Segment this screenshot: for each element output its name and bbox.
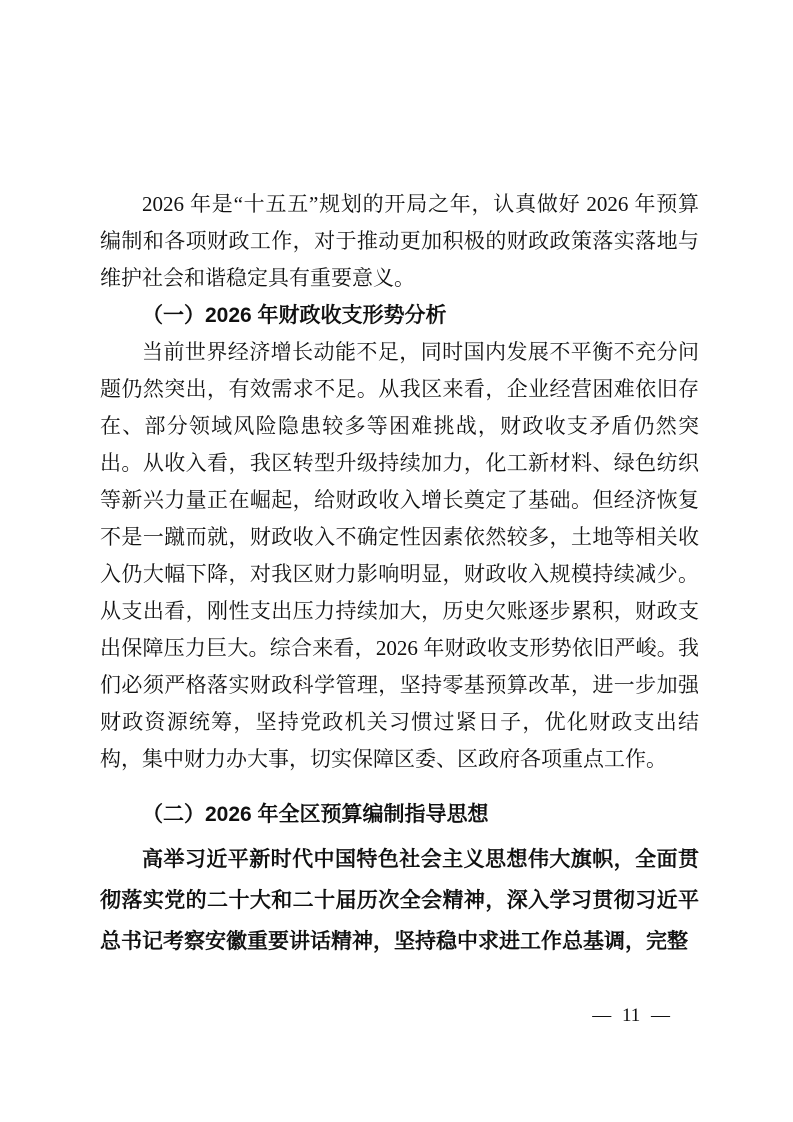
paragraph-guiding-ideology: 高举习近平新时代中国特色社会主义思想伟大旗帜，全面贯彻落实党的二十大和二十届历次… xyxy=(100,839,699,962)
section-heading-fiscal-analysis: （一）2026 年财政收支形势分析 xyxy=(100,297,699,334)
paragraph-intro: 2026 年是“十五五”规划的开局之年，认真做好 2026 年预算编制和各项财政… xyxy=(100,186,699,297)
paragraph-fiscal-analysis: 当前世界经济增长动能不足，同时国内发展不平衡不充分问题仍然突出，有效需求不足。从… xyxy=(100,334,699,778)
document-page: 2026 年是“十五五”规划的开局之年，认真做好 2026 年预算编制和各项财政… xyxy=(0,0,793,1122)
page-number: — 11 — xyxy=(592,1005,670,1027)
document-body: 2026 年是“十五五”规划的开局之年，认真做好 2026 年预算编制和各项财政… xyxy=(100,186,699,962)
section-heading-guiding-ideology: （二）2026 年全区预算编制指导思想 xyxy=(100,796,699,833)
